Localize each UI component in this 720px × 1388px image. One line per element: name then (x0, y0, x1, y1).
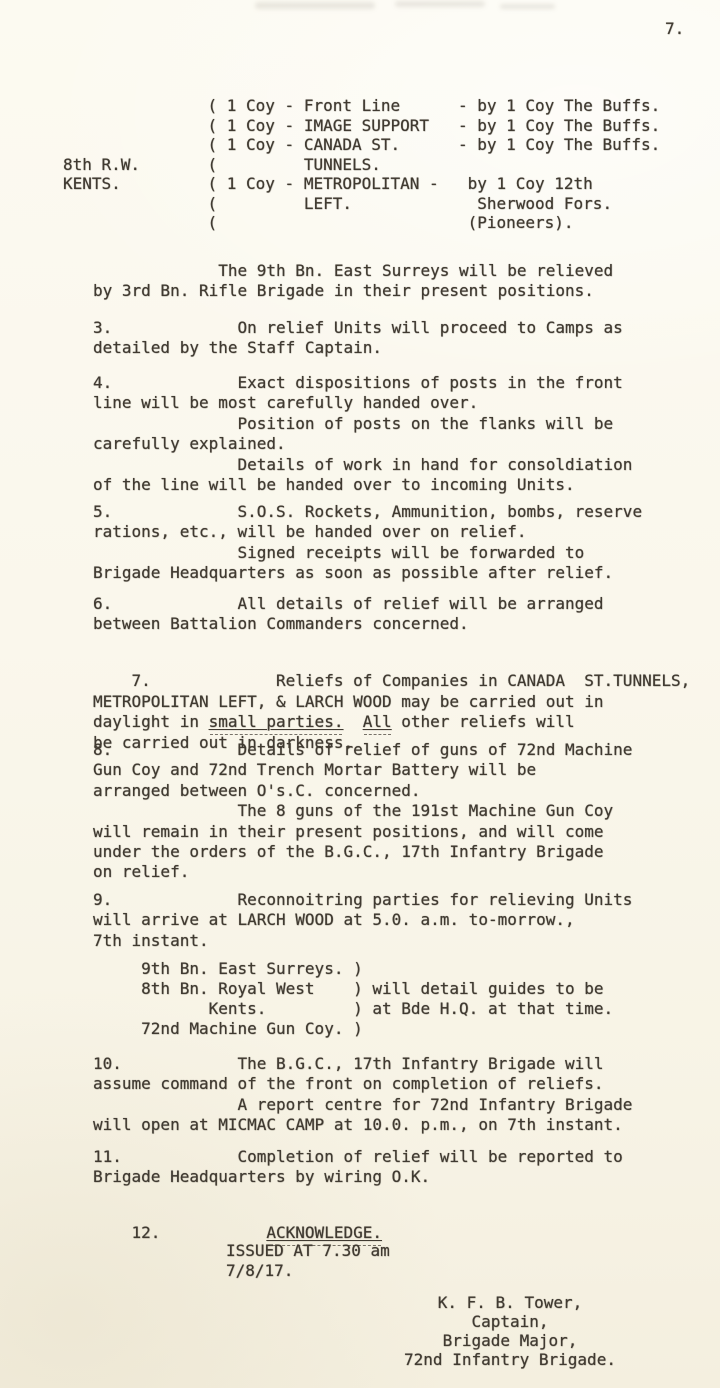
bleed-through-mark (255, 2, 375, 9)
paragraph-item-9: 9. Reconnoitring parties for relieving U… (93, 890, 632, 951)
acknowledge-label: ACKNOWLEDGE. (266, 1223, 382, 1242)
guides-detail-table: 9th Bn. East Surreys. ) 8th Bn. Royal We… (93, 959, 613, 1039)
issued-timestamp: ISSUED AT 7.30 am 7/8/17. (226, 1241, 390, 1282)
item12-number: 12. (132, 1223, 267, 1242)
paragraph-item-8: 8. Details of relief of guns of 72nd Mac… (93, 740, 632, 883)
bleed-through-mark (500, 4, 555, 9)
item7-underlined-all: All (363, 712, 392, 731)
item7-text (343, 712, 362, 731)
paragraph-item-4: 4. Exact dispositions of posts in the fr… (93, 373, 632, 495)
company-allotment-table: ( 1 Coy - Front Line - by 1 Coy The Buff… (63, 96, 660, 233)
paragraph-item-6: 6. All details of relief will be arrange… (93, 594, 604, 635)
scanned-document-page: 7. ( 1 Coy - Front Line - by 1 Coy The B… (0, 0, 720, 1388)
bleed-through-mark (395, 1, 485, 7)
item7-underlined-small-parties: small parties. (209, 712, 344, 731)
paragraph-item-11: 11. Completion of relief will be reporte… (93, 1147, 623, 1188)
paragraph-item-5: 5. S.O.S. Rockets, Ammunition, bombs, re… (93, 502, 642, 584)
page-number: 7. (665, 19, 684, 39)
signature-block: K. F. B. Tower, Captain, Brigade Major, … (395, 1293, 625, 1369)
paragraph-intro: The 9th Bn. East Surreys will be relieve… (93, 261, 613, 302)
paragraph-item-3: 3. On relief Units will proceed to Camps… (93, 318, 623, 359)
paragraph-item-10: 10. The B.G.C., 17th Infantry Brigade wi… (93, 1054, 632, 1136)
